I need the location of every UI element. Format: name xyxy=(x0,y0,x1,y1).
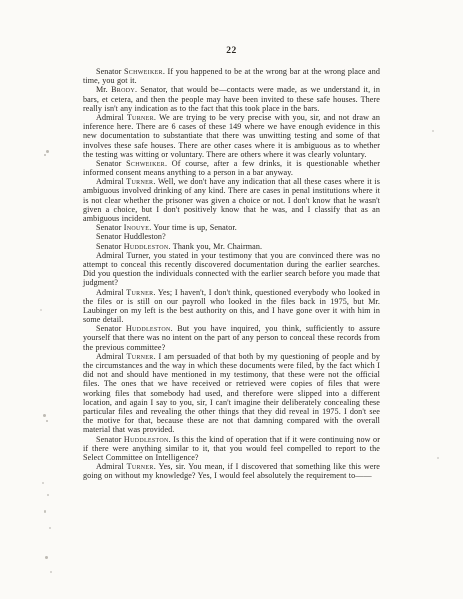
transcript-paragraph: Senator Inouye. Your time is up, Senator… xyxy=(83,223,380,232)
speaker-prefix: Admiral xyxy=(96,352,126,361)
speaker-prefix: Senator xyxy=(96,324,126,333)
transcript-paragraph: Admiral Turner. Yes; I haven't, I don't … xyxy=(83,288,380,325)
document-page: 22 Senator Schweiker. If you happened to… xyxy=(0,0,463,599)
speaker-name: Inouye xyxy=(124,223,150,232)
scan-speckle xyxy=(43,414,46,417)
speaker-name: Turner xyxy=(126,352,153,361)
transcript-paragraph: Senator Huddleston. Thank you, Mr. Chair… xyxy=(83,242,380,251)
speaker-prefix: Admiral xyxy=(96,177,126,186)
speaker-name: Schweiker xyxy=(126,159,165,168)
scan-speckle xyxy=(50,571,52,573)
transcript-text: Senator Schweiker. If you happened to be… xyxy=(83,67,380,480)
speaker-name: Turner xyxy=(127,113,154,122)
scan-speckle xyxy=(47,494,49,496)
speaker-prefix: Admiral xyxy=(96,288,126,297)
speaker-name: Schweiker xyxy=(124,67,163,76)
scan-speckle xyxy=(432,130,434,132)
scan-speckle xyxy=(44,510,46,513)
speaker-prefix: Senator xyxy=(96,159,126,168)
transcript-paragraph: Senator Schweiker. Of course, after a fe… xyxy=(83,159,380,177)
speaker-prefix: Admiral Turner, you stated in your testi… xyxy=(83,251,380,288)
speaker-name: Huddleston xyxy=(124,435,169,444)
speaker-name: Brody xyxy=(111,85,135,94)
speaker-name: Turner xyxy=(127,462,154,471)
scan-speckle xyxy=(42,482,44,484)
scan-speckle xyxy=(45,556,48,559)
speaker-prefix: Senator xyxy=(96,67,124,76)
speaker-prefix: Admiral xyxy=(96,113,127,122)
transcript-paragraph: Admiral Turner. Yes, sir. You mean, if I… xyxy=(83,462,380,480)
transcript-paragraph: Senator Huddleston. But you have inquire… xyxy=(83,324,380,352)
scan-speckle xyxy=(437,457,439,459)
scan-speckle xyxy=(44,154,46,156)
scan-speckle xyxy=(46,150,49,153)
transcript-paragraph: Senator Schweiker. If you happened to be… xyxy=(83,67,380,85)
transcript-paragraph: Admiral Turner. I am persuaded of that b… xyxy=(83,352,380,435)
transcript-paragraph: Admiral Turner, you stated in your testi… xyxy=(83,251,380,288)
speaker-prefix: Senator xyxy=(96,223,124,232)
scan-speckle xyxy=(40,309,42,311)
speaker-prefix: Admiral xyxy=(96,462,127,471)
speaker-name: Huddleston xyxy=(126,324,171,333)
speaker-name: Turner xyxy=(126,177,153,186)
scan-speckle xyxy=(49,527,51,529)
transcript-paragraph: Mr. Brody. Senator, that would be—contac… xyxy=(83,85,380,113)
speaker-name: Huddleston xyxy=(124,242,169,251)
paragraph-text: . Your time is up, Senator. xyxy=(149,223,237,232)
page-number: 22 xyxy=(83,46,380,56)
speaker-prefix: Senator xyxy=(96,435,124,444)
transcript-paragraph: Admiral Turner. We are trying to be very… xyxy=(83,113,380,159)
transcript-paragraph: Senator Huddleston? xyxy=(83,232,380,241)
speaker-prefix: Mr. xyxy=(96,85,111,94)
scan-speckle xyxy=(46,420,48,422)
paragraph-text: . I am persuaded of that both by my ques… xyxy=(83,352,380,435)
transcript-paragraph: Senator Huddleston. Is this the kind of … xyxy=(83,435,380,463)
transcript-paragraph: Admiral Turner. Well, we don't have any … xyxy=(83,177,380,223)
speaker-prefix: Senator Huddleston? xyxy=(96,232,166,241)
paragraph-text: . Thank you, Mr. Chairman. xyxy=(168,242,262,251)
speaker-name: Turner xyxy=(126,288,153,297)
speaker-prefix: Senator xyxy=(96,242,124,251)
